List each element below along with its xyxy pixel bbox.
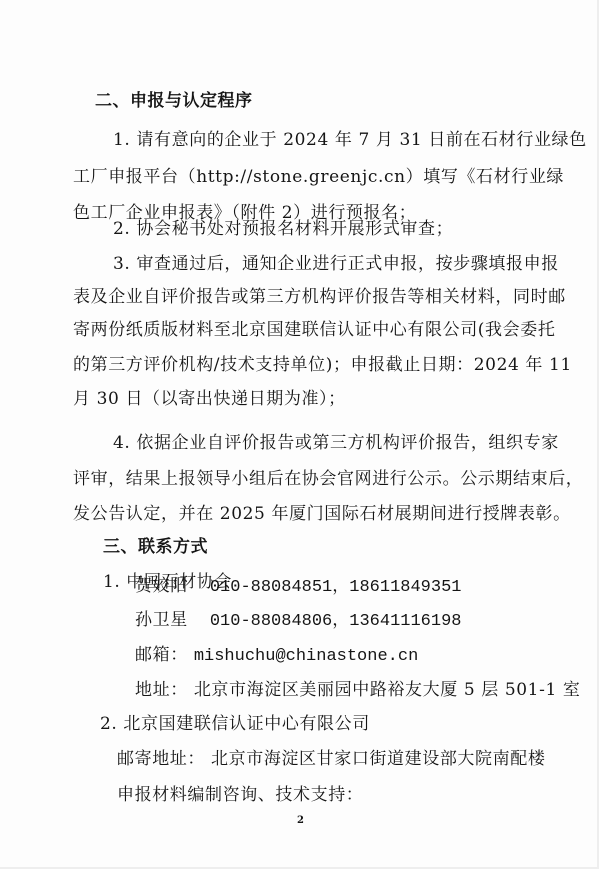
address-label: 地址：: [135, 680, 188, 700]
procedure-item-3-line-1: 3. 审查通过后，通知企业进行正式申报，按步骤填报申报: [113, 254, 559, 274]
procedure-item-3-line-3: 寄两份纸质版材料至北京国建联信认证中心有限公司(我会委托: [73, 320, 555, 340]
contact-phones: 010-88084851，18611849351: [210, 578, 462, 597]
contact-phones: 010-88084806，13641116198: [210, 612, 462, 631]
procedure-item-3-line-2: 表及企业自评价报告或第三方机构评价报告等相关材料，同时邮: [73, 287, 566, 307]
procedure-item-4-line-2: 评审，结果上报领导小组后在协会官网进行公示。公示期结束后，: [73, 469, 583, 489]
mail-address-row: 邮寄地址： 北京市海淀区甘家口街道建设部大院南配楼: [117, 749, 545, 769]
procedure-item-1-line-2: 工厂申报平台（http://stone.greenjc.cn）填写《石材行业绿: [73, 167, 564, 187]
contact-row: 孙卫星 010-88084806，13641116198: [135, 610, 461, 632]
contact-name: 贺姣阳: [135, 576, 188, 596]
tech-support-label: 申报材料编制咨询、技术支持：: [117, 785, 363, 805]
address-row: 地址： 北京市海淀区美丽园中路裕友大厦 5 层 501-1 室: [135, 680, 580, 700]
procedure-item-1-line-1: 1. 请有意向的企业于 2024 年 7 月 31 日前在石材行业绿色: [113, 130, 587, 150]
procedure-item-4-line-1: 4. 依据企业自评价报告或第三方机构评价报告，组织专家: [113, 433, 559, 453]
procedure-item-4-line-3: 发公告认定，并在 2025 年厦门国际石材展期间进行授牌表彰。: [73, 504, 571, 524]
address-value: 北京市海淀区美丽园中路裕友大厦 5 层 501-1 室: [194, 680, 581, 700]
contact-row: 贺姣阳 010-88084851，18611849351: [135, 576, 461, 598]
email-address: mishuchu@chinastone.cn: [194, 647, 418, 666]
procedure-item-3-line-5: 月 30 日（以寄出快递日期为准）；: [73, 389, 346, 409]
document-page: 二、申报与认定程序 1. 请有意向的企业于 2024 年 7 月 31 日前在石…: [0, 0, 599, 869]
section-heading-procedure: 二、申报与认定程序: [95, 91, 253, 111]
contact-name: 孙卫星: [135, 610, 188, 630]
email-label: 邮箱：: [135, 645, 188, 665]
email-row: 邮箱： mishuchu@chinastone.cn: [135, 645, 418, 667]
procedure-item-3-line-4: 的第三方评价机构/技术支持单位)；申报截止日期：2024 年 11: [73, 355, 572, 375]
org2-title: 2. 北京国建联信认证中心有限公司: [100, 714, 370, 734]
section-heading-contact: 三、联系方式: [103, 537, 208, 557]
page-number: 2: [297, 815, 304, 826]
mail-address-label: 邮寄地址：: [117, 749, 205, 769]
procedure-item-2: 2. 协会秘书处对预报名材料开展形式审查；: [113, 219, 453, 239]
mail-address-value: 北京市海淀区甘家口街道建设部大院南配楼: [211, 749, 545, 769]
